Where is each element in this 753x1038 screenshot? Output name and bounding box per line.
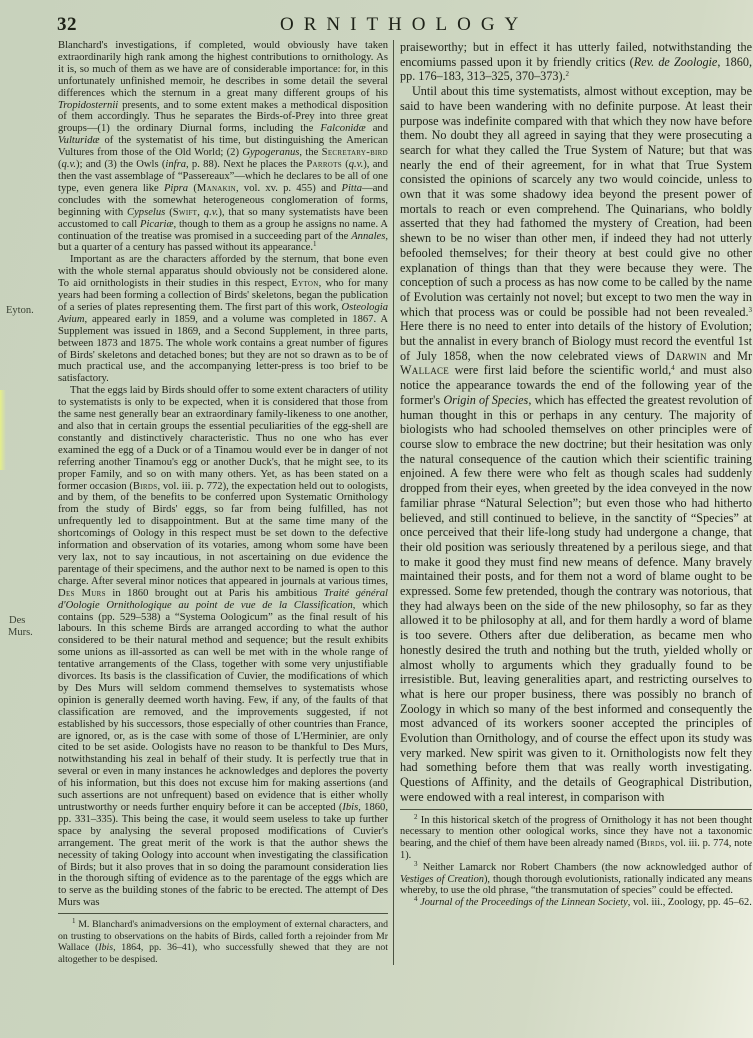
book-page: 32 ORNITHOLOGY Eyton. Des Murs. Blanchar… [0, 0, 753, 1038]
margin-note-eyton: Eyton. [6, 305, 34, 317]
cross-ref-manakin: Manakin [197, 183, 236, 194]
footnote-1: 1 M. Blanchard's animadversions on the e… [58, 919, 388, 965]
column-divider [393, 40, 394, 965]
running-title: ORNITHOLOGY [280, 14, 528, 36]
footnote-rule [400, 809, 752, 810]
paragraph-eyton: Important as are the characters afforded… [58, 254, 388, 385]
left-column: Blanchard's investigations, if completed… [58, 40, 388, 966]
cross-ref-parrots: Parrots [306, 159, 342, 170]
footnote-3: 3 Neither Lamarck nor Robert Chambers (t… [400, 862, 752, 897]
footnote-rule [58, 913, 388, 914]
footnote-ref-2: 2 [566, 70, 570, 78]
cross-ref-secretary-bird: Secretary-bird [322, 147, 388, 158]
page-edge-highlight [0, 390, 6, 470]
footnote-2: 2 In this historical sketch of the progr… [400, 815, 752, 862]
margin-note-des-murs-line1: Des [9, 615, 25, 627]
footnotes-right: 2 In this historical sketch of the progr… [400, 815, 752, 909]
paragraph-blanchard: Blanchard's investigations, if completed… [58, 40, 388, 254]
footnote-ref-3: 3 [749, 306, 753, 314]
paragraph-evolution: Until about this time systematists, almo… [400, 84, 752, 804]
footnote-4: 4 Journal of the Proceedings of the Linn… [400, 897, 752, 909]
margin-note-des-murs-line2: Murs. [8, 627, 33, 639]
right-column: praiseworthy; but in effect it has utter… [400, 40, 752, 909]
cross-ref-swift: Swift [173, 207, 198, 218]
footnotes-left: 1 M. Blanchard's animadversions on the e… [58, 919, 388, 965]
running-head: 32 ORNITHOLOGY [0, 12, 753, 36]
page-number: 32 [57, 14, 77, 36]
paragraph-praiseworthy: praiseworthy; but in effect it has utter… [400, 40, 752, 84]
footnote-ref-1: 1 [313, 240, 317, 248]
paragraph-oology: That the eggs laid by Birds should offer… [58, 385, 388, 909]
